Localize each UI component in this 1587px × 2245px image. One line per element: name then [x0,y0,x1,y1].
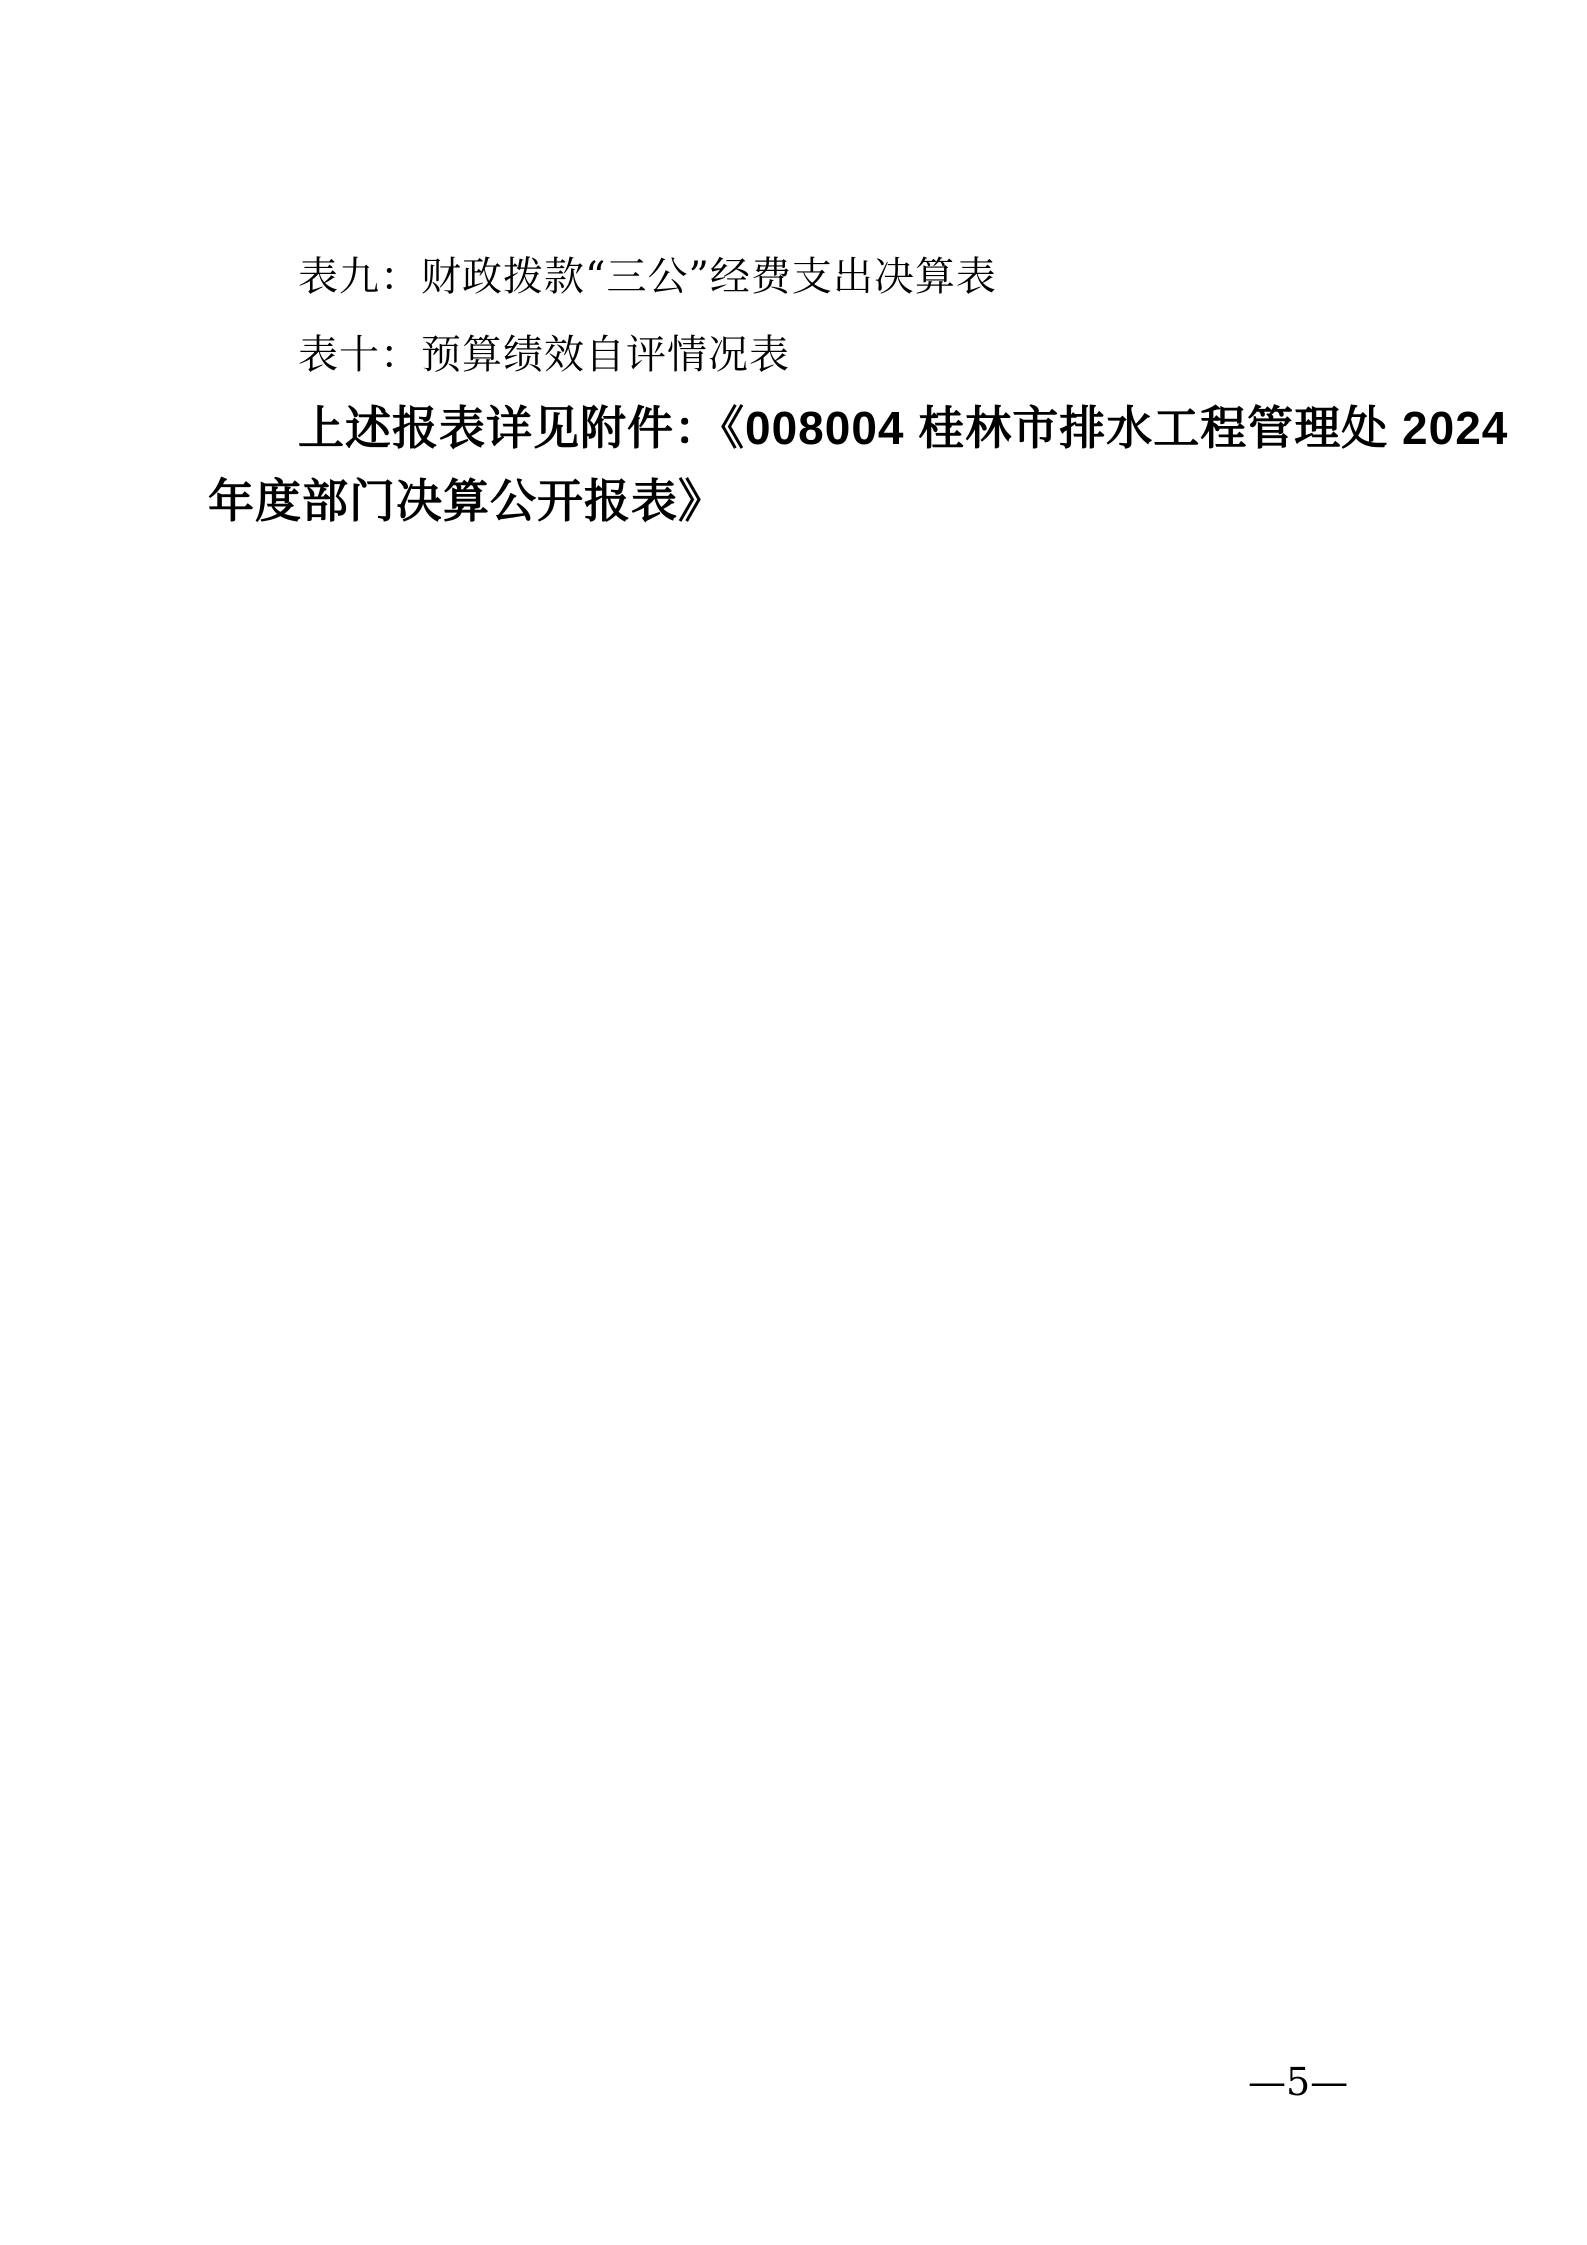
attachment-reference-line-1: 上述报表详见附件：《008004 桂林市排水工程管理处 2024 [298,403,1508,454]
attachment-reference-line-2: 年度部门决算公开报表》 [208,476,725,527]
table-ten-line: 表十：预算绩效自评情况表 [298,332,790,378]
page-number: —5— [1248,2062,1348,2104]
table-nine-line: 表九：财政拨款“三公”经费支出决算表 [298,254,997,300]
document-page: 表九：财政拨款“三公”经费支出决算表 表十：预算绩效自评情况表 上述报表详见附件… [0,0,1587,2245]
